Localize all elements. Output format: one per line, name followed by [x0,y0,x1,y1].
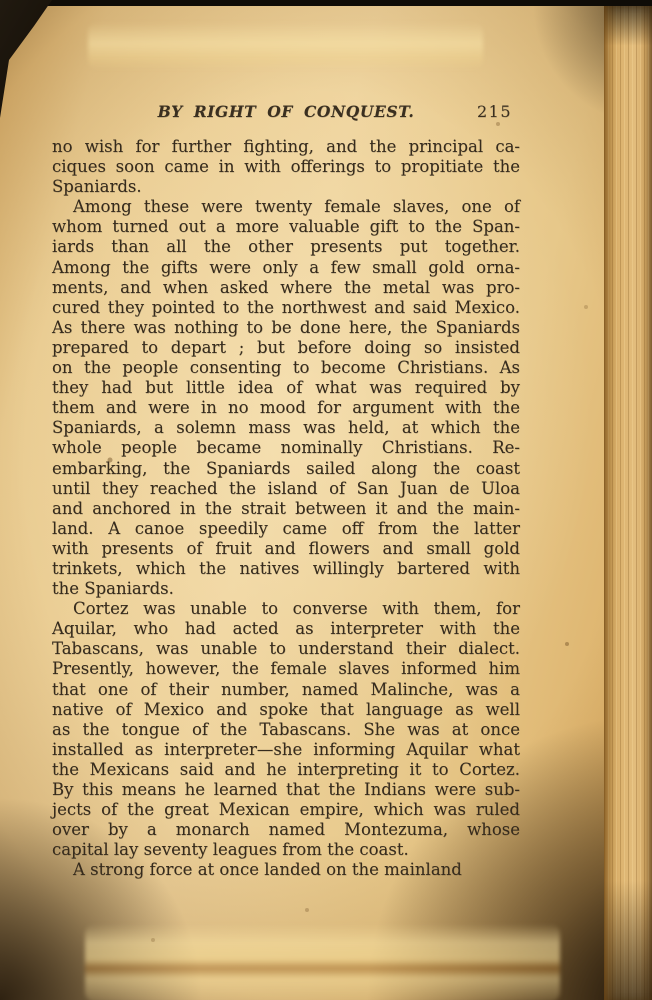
text-line: the Mexicans said and he interpreting it… [52,760,520,780]
text-line: no wish for further fighting, and the pr… [52,137,520,157]
text-line: Tabascans, was unable to understand thei… [52,639,520,659]
text-line: over by a monarch named Montezuma, whose [52,820,520,840]
text-line: that one of their number, named Malinche… [52,680,520,700]
text-line: as the tongue of the Tabascans. She was … [52,720,520,740]
text-line: embarking, the Spaniards sailed along th… [52,459,520,479]
text-line: iards than all the other presents put to… [52,237,520,257]
text-line: By this means he learned that the Indian… [52,780,520,800]
text-line: As there was nothing to be done here, th… [52,318,520,338]
text-line: the Spaniards. [52,579,520,599]
text-line: installed as interpreter—she informing A… [52,740,520,760]
text-line: they had but little idea of what was req… [52,378,520,398]
text-line: jects of the great Mexican empire, which… [52,800,520,820]
text-line: Spaniards, a solemn mass was held, at wh… [52,418,520,438]
text-line: prepared to depart ; but before doing so… [52,338,520,358]
text-line: and anchored in the strait between it an… [52,499,520,519]
text-line: capital lay seventy leagues from the coa… [52,840,520,860]
text-line: Presently, however, the female slaves in… [52,659,520,679]
text-line: Among these were twenty female slaves, o… [52,197,520,217]
text-line: cured they pointed to the northwest and … [52,298,520,318]
text-line: whom turned out a more valuable gift to … [52,217,520,237]
page-number: 215 [477,102,512,121]
text-line: on the people consenting to become Chris… [52,358,520,378]
page-header: BY RIGHT OF CONQUEST. 215 [52,102,520,124]
text-line: trinkets, which the natives willingly ba… [52,559,520,579]
book-page: BY RIGHT OF CONQUEST. 215 no wish for fu… [0,6,652,1000]
text-line: them and were in no mood for argument wi… [52,398,520,418]
text-line: whole people became nominally Christians… [52,438,520,458]
scan-band-artifact-top [88,22,483,70]
text-line: ciques soon came in with offerings to pr… [52,157,520,177]
body-text: no wish for further fighting, and the pr… [52,137,520,880]
text-line: Among the gifts were only a few small go… [52,258,520,278]
text-line: ments, and when asked where the metal wa… [52,278,520,298]
text-line: Aquilar, who had acted as interpreter wi… [52,619,520,639]
text-line: Cortez was unable to converse with them,… [52,599,520,619]
running-title: BY RIGHT OF CONQUEST. [52,102,520,121]
text-line: until they reached the island of San Jua… [52,479,520,499]
text-line: A strong force at once landed on the mai… [52,860,520,880]
text-line: land. A canoe speedily came off from the… [52,519,520,539]
text-line: Spaniards. [52,177,520,197]
book-scan-photo: BY RIGHT OF CONQUEST. 215 no wish for fu… [0,0,652,1000]
book-fore-edge [604,6,652,1000]
text-line: native of Mexico and spoke that language… [52,700,520,720]
scan-band-artifact-bottom [85,924,560,1000]
text-line: with presents of fruit and flowers and s… [52,539,520,559]
